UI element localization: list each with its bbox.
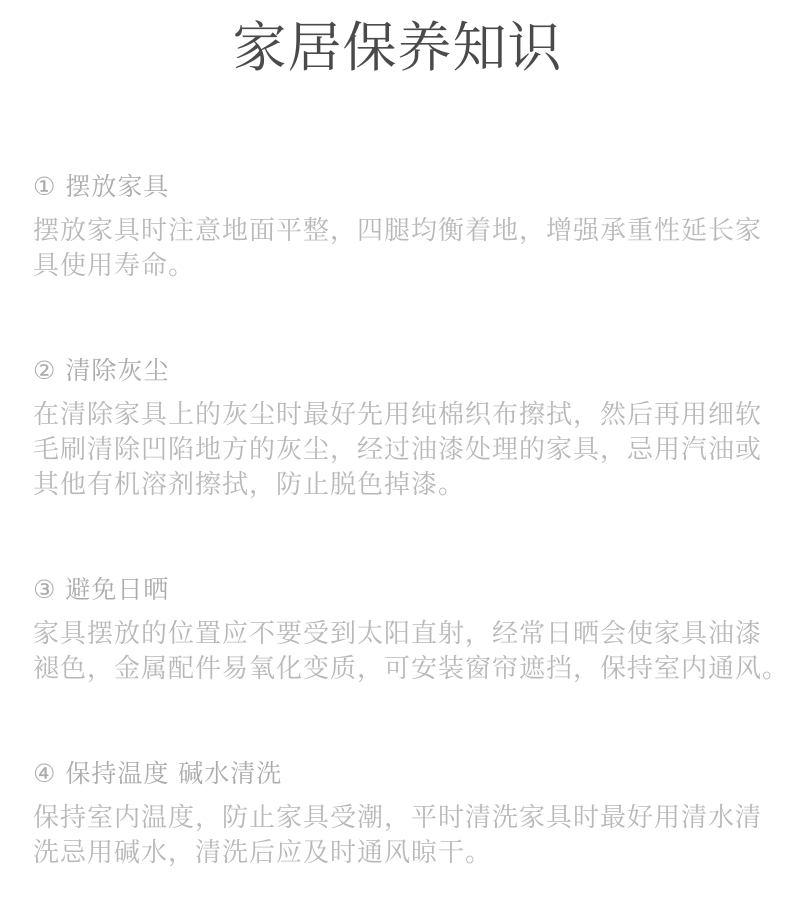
section-body-line: 家具摆放的位置应不要受到太阳直射，经常日晒会使家具油漆 (33, 617, 762, 652)
section-body-line: 洗忌用碱水，清洗后应及时通风晾干。 (33, 836, 762, 871)
section-body-line: 其他有机溶剂擦拭，防止脱色掉漆。 (33, 468, 762, 503)
care-guide-page: 家居保养知识 ① 摆放家具 摆放家具时注意地面平整，四腿均衡着地，增强承重性延长… (0, 0, 790, 924)
section-heading: ④ 保持温度 碱水清洗 (33, 757, 762, 791)
section-body: 摆放家具时注意地面平整，四腿均衡着地，增强承重性延长家 具使用寿命。 (33, 214, 762, 284)
section-body-line: 摆放家具时注意地面平整，四腿均衡着地，增强承重性延长家 (33, 214, 762, 249)
section-place-furniture: ① 摆放家具 摆放家具时注意地面平整，四腿均衡着地，增强承重性延长家 具使用寿命… (33, 170, 762, 284)
section-heading: ① 摆放家具 (33, 170, 762, 204)
section-body-line: 褪色，金属配件易氧化变质，可安装窗帘遮挡，保持室内通风。 (33, 652, 762, 687)
section-heading: ② 清除灰尘 (33, 354, 762, 388)
section-remove-dust: ② 清除灰尘 在清除家具上的灰尘时最好先用纯棉织布擦拭，然后再用细软 毛刷清除凹… (33, 354, 762, 503)
section-heading: ③ 避免日晒 (33, 573, 762, 607)
section-body-line: 毛刷清除凹陷地方的灰尘，经过油漆处理的家具，忌用汽油或 (33, 433, 762, 468)
page-title: 家居保养知识 (33, 0, 762, 80)
section-keep-temperature: ④ 保持温度 碱水清洗 保持室内温度，防止家具受潮，平时清洗家具时最好用清水清 … (33, 757, 762, 871)
section-body-line: 在清除家具上的灰尘时最好先用纯棉织布擦拭，然后再用细软 (33, 398, 762, 433)
section-body-line: 保持室内温度，防止家具受潮，平时清洗家具时最好用清水清 (33, 801, 762, 836)
section-body: 保持室内温度，防止家具受潮，平时清洗家具时最好用清水清 洗忌用碱水，清洗后应及时… (33, 801, 762, 871)
section-body: 在清除家具上的灰尘时最好先用纯棉织布擦拭，然后再用细软 毛刷清除凹陷地方的灰尘，… (33, 398, 762, 503)
section-body-line: 具使用寿命。 (33, 249, 762, 284)
section-avoid-sunlight: ③ 避免日晒 家具摆放的位置应不要受到太阳直射，经常日晒会使家具油漆 褪色，金属… (33, 573, 762, 687)
section-body: 家具摆放的位置应不要受到太阳直射，经常日晒会使家具油漆 褪色，金属配件易氧化变质… (33, 617, 762, 687)
